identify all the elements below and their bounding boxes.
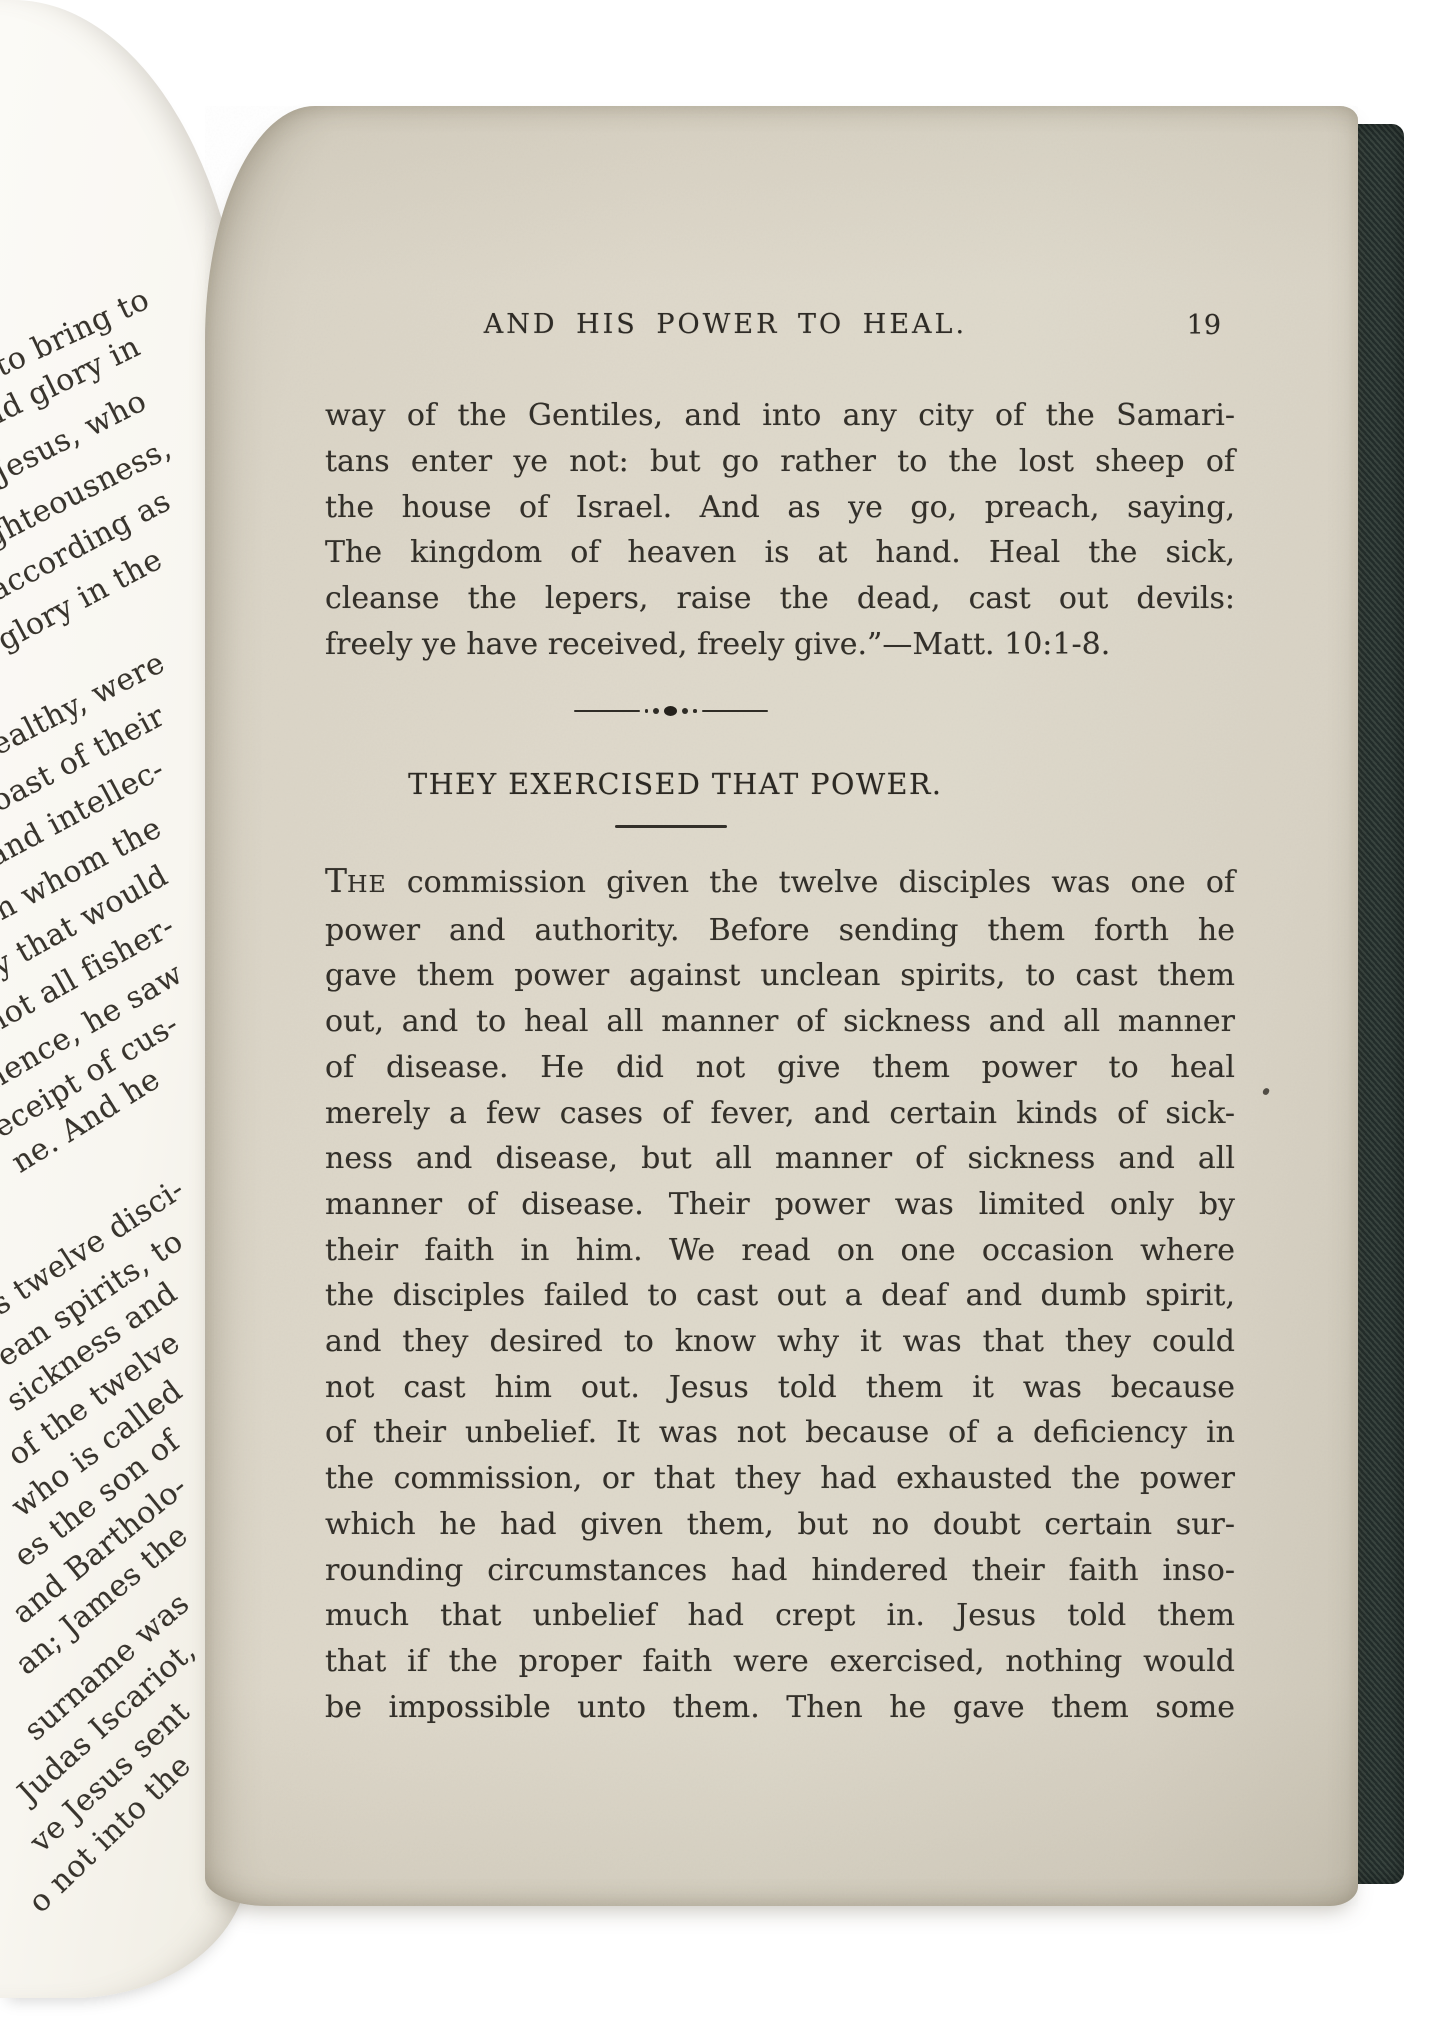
- ornament-dot: [693, 709, 697, 713]
- text-line: The kingdom of heaven is at hand. Heal t…: [325, 530, 1235, 576]
- book-binding-cloth: [1350, 124, 1404, 1884]
- text-line: that if the proper faith were exercised,…: [325, 1639, 1235, 1685]
- book-page: AND HIS POWER TO HEAL. 19 way of the Gen…: [205, 106, 1358, 1906]
- running-header: AND HIS POWER TO HEAL. 19: [325, 309, 1235, 351]
- text-line: cleanse the lepers, raise the dead, cast…: [325, 576, 1235, 622]
- text-line: power and authority. Before sending them…: [325, 908, 1235, 954]
- ornament-rule-right: [702, 710, 768, 713]
- ornament-dot: [682, 708, 688, 714]
- text-line: much that unbelief had crept in. Jesus t…: [325, 1593, 1235, 1639]
- text-line: freely ye have received, freely give.”—M…: [325, 622, 1235, 668]
- running-header-title: AND HIS POWER TO HEAL.: [484, 309, 967, 340]
- ink-speck: [1262, 1087, 1270, 1096]
- text-line: of their unbelief. It was not because of…: [325, 1410, 1235, 1456]
- book-photo: to bring to ld glory in Jesus, who ghteo…: [0, 0, 1445, 2023]
- ornament-dot: [653, 708, 659, 714]
- body-paragraph: THE commission given the twelve disciple…: [325, 858, 1235, 1730]
- section-heading: THEY EXERCISED THAT POWER.: [408, 768, 942, 801]
- text-line: be impossible unto them. Then he gave th…: [325, 1685, 1235, 1731]
- page-number: 19: [1187, 310, 1221, 341]
- text-line: the house of Israel. And as ye go, preac…: [325, 485, 1235, 531]
- text-line: rounding circumstances had hindered thei…: [325, 1548, 1235, 1594]
- text-line: merely a few cases of fever, and certain…: [325, 1091, 1235, 1137]
- first-line-text: commission given the twelve disciples wa…: [387, 865, 1235, 900]
- text-line: their faith in him. We read on one occas…: [325, 1228, 1235, 1274]
- text-line: the commission, or that they had exhaust…: [325, 1456, 1235, 1502]
- lead-small-caps: HE: [347, 870, 387, 898]
- section-divider-ornament: [574, 706, 768, 716]
- text-line: of disease. He did not give them power t…: [325, 1045, 1235, 1091]
- text-line: manner of disease. Their power was limit…: [325, 1182, 1235, 1228]
- text-line: ness and disease, but all manner of sick…: [325, 1136, 1235, 1182]
- ornament-dot: [645, 709, 649, 713]
- text-line: tans enter ye not: but go rather to the …: [325, 439, 1235, 485]
- lead-capital: T: [325, 861, 347, 900]
- text-line: gave them power against unclean spirits,…: [325, 953, 1235, 999]
- text-line: which he had given them, but no doubt ce…: [325, 1502, 1235, 1548]
- scripture-quotation-paragraph: way of the Gentiles, and into any city o…: [325, 393, 1235, 668]
- text-column: AND HIS POWER TO HEAL. 19 way of the Gen…: [325, 106, 1235, 1906]
- ornament-center-dot: [664, 706, 677, 716]
- text-line: and they desired to know why it was that…: [325, 1319, 1235, 1365]
- text-line: way of the Gentiles, and into any city o…: [325, 393, 1235, 439]
- text-line: THE commission given the twelve disciple…: [325, 858, 1235, 908]
- text-line: the disciples failed to cast out a deaf …: [325, 1273, 1235, 1319]
- ornament-rule-left: [574, 710, 640, 713]
- text-line: out, and to heal all manner of sickness …: [325, 999, 1235, 1045]
- text-line: not cast him out. Jesus told them it was…: [325, 1365, 1235, 1411]
- heading-underline-rule: [615, 825, 727, 828]
